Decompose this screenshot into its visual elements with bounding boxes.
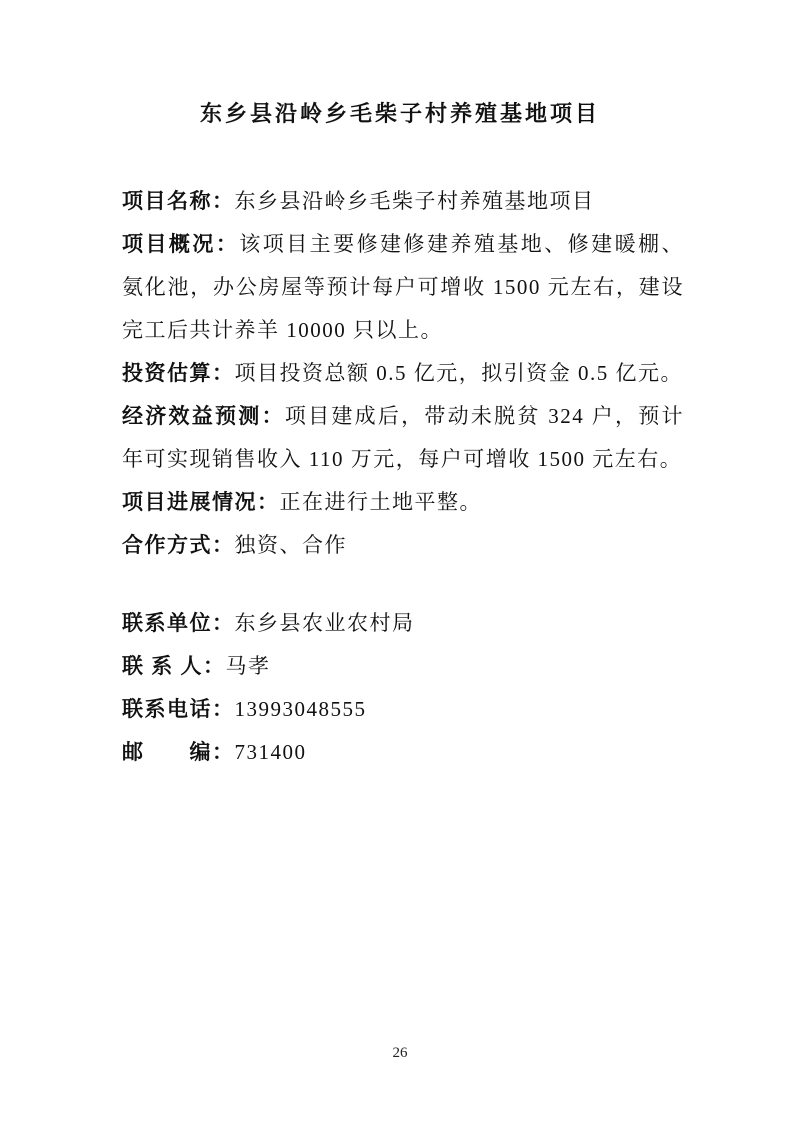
contact-postcode-value: 731400	[235, 740, 307, 764]
document-page: 东乡县沿岭乡毛柴子村养殖基地项目 项目名称：东乡县沿岭乡毛柴子村养殖基地项目 项…	[0, 0, 800, 1131]
field-cooperation-mode-value: 独资、合作	[235, 533, 348, 557]
page-number: 26	[0, 1043, 800, 1063]
field-investment-estimate-label: 投资估算：	[122, 361, 235, 385]
page-title: 东乡县沿岭乡毛柴子村养殖基地项目	[0, 100, 800, 128]
field-project-progress: 项目进展情况：正在进行土地平整。	[122, 481, 684, 524]
field-project-overview-label: 项目概况：	[122, 232, 239, 256]
field-cooperation-mode-label: 合作方式：	[122, 533, 235, 557]
contact-person-value: 马孝	[226, 654, 271, 678]
contact-unit-value: 东乡县农业农村局	[235, 611, 415, 635]
field-project-progress-label: 项目进展情况：	[122, 490, 280, 514]
contact-postcode-label: 邮 编：	[122, 740, 235, 764]
contact-phone: 联系电话：13993048555	[122, 688, 684, 731]
field-project-name-value: 东乡县沿岭乡毛柴子村养殖基地项目	[235, 189, 595, 213]
contact-phone-label: 联系电话：	[122, 697, 235, 721]
contact-person-label: 联 系 人：	[122, 654, 226, 678]
contact-phone-value: 13993048555	[235, 697, 367, 721]
field-project-overview: 项目概况：该项目主要修建修建养殖基地、修建暖棚、氨化池，办公房屋等预计每户可增收…	[122, 223, 684, 352]
contact-unit: 联系单位：东乡县农业农村局	[122, 602, 684, 645]
field-investment-estimate-value: 项目投资总额 0.5 亿元，拟引资金 0.5 亿元。	[235, 361, 684, 385]
field-project-name: 项目名称：东乡县沿岭乡毛柴子村养殖基地项目	[122, 180, 684, 223]
contact-person: 联 系 人：马孝	[122, 645, 684, 688]
field-investment-estimate: 投资估算：项目投资总额 0.5 亿元，拟引资金 0.5 亿元。	[122, 352, 684, 395]
contact-postcode: 邮 编：731400	[122, 731, 684, 774]
document-body: 项目名称：东乡县沿岭乡毛柴子村养殖基地项目 项目概况：该项目主要修建修建养殖基地…	[122, 180, 684, 774]
field-project-progress-value: 正在进行土地平整。	[280, 490, 483, 514]
contact-block: 联系单位：东乡县农业农村局 联 系 人：马孝 联系电话：13993048555 …	[122, 602, 684, 774]
field-cooperation-mode: 合作方式：独资、合作	[122, 524, 684, 567]
field-project-name-label: 项目名称：	[122, 189, 235, 213]
field-economic-benefit: 经济效益预测：项目建成后，带动未脱贫 324 户，预计年可实现销售收入 110 …	[122, 395, 684, 481]
contact-unit-label: 联系单位：	[122, 611, 235, 635]
field-economic-benefit-label: 经济效益预测：	[122, 404, 285, 428]
